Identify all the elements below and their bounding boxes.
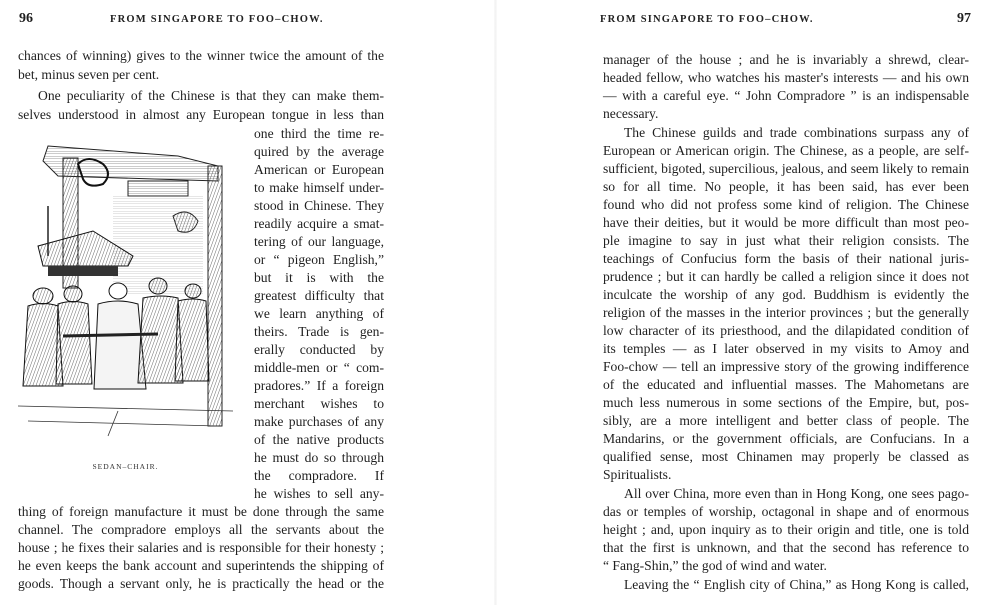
text-line: to make himself under- <box>254 178 384 197</box>
text-line: necessary. <box>603 104 969 123</box>
text-line: Mandarins, or the government officials, … <box>603 429 969 448</box>
text-line: we learn anything of <box>254 304 384 323</box>
page-number: 96 <box>19 11 33 27</box>
text-line: greatest difficulty that <box>254 286 384 305</box>
text-line: — with a careful eye. “ John Compradore … <box>603 86 969 105</box>
text-line: thing of foreign manufacture it must be … <box>18 502 384 521</box>
text-line: The Chinese guilds and trade combination… <box>624 123 969 142</box>
text-line: manager of the house ; and he is invaria… <box>603 50 969 69</box>
text-line: bet, minus seven per cent. <box>18 65 384 84</box>
text-line: Leaving the “ English city of China,” as… <box>624 575 969 594</box>
text-line: religion of the masses in the interior p… <box>603 303 969 322</box>
text-line: house ; he fixes their salaries and is r… <box>18 538 384 557</box>
text-line: headed fellow, who watches his master's … <box>603 68 969 87</box>
text-line: teachings of Confucius form the basis of… <box>603 249 969 268</box>
text-line: tering of our language, <box>254 232 384 251</box>
left-page: 96 FROM SINGAPORE TO FOO–CHOW. chances o… <box>0 0 495 605</box>
text-line: sufficient, bigoted, supercilious, jealo… <box>603 159 969 178</box>
text-line: one third the time re- <box>254 124 384 143</box>
text-line: qualified sense, most Chinamen may prope… <box>603 447 969 466</box>
sedan-chair-illustration-icon <box>18 136 233 446</box>
text-line: he must do so through <box>254 448 384 467</box>
text-line: so for all time. No people, it has been … <box>603 177 969 196</box>
running-head: FROM SINGAPORE TO FOO–CHOW. <box>110 14 324 30</box>
text-line: height ; and, upon inquiry as to their o… <box>603 520 969 539</box>
text-line: but it is with the <box>254 268 384 287</box>
text-line: pradores.” If a foreign <box>254 376 384 395</box>
text-line: das or temples of worship, octagonal in … <box>603 502 969 521</box>
text-line: he wishes to sell any- <box>254 484 384 503</box>
text-line: of the educated and influential masses. … <box>603 375 969 394</box>
text-line: European or American origin. The Chinese… <box>603 141 969 160</box>
text-line: chances of winning) gives to the winner … <box>18 46 384 65</box>
text-line: American or European <box>254 160 384 179</box>
text-line: inculcate the worship of any god. Buddhi… <box>603 285 969 304</box>
text-line: goods. Though a servant only, he is prac… <box>18 574 384 593</box>
text-line: that the first is unknown, and that the … <box>603 538 969 557</box>
text-line: make purchases of any <box>254 412 384 431</box>
right-page: FROM SINGAPORE TO FOO–CHOW. 97 manager o… <box>496 0 991 605</box>
text-line: erally conducted by <box>254 340 384 359</box>
text-line: found who did not profess some kind of r… <box>603 195 969 214</box>
text-line: “ Fang-Shin,” the god of wind and water. <box>603 556 969 575</box>
text-line: its temples — as I later observed in my … <box>603 339 969 358</box>
illustration-caption: SEDAN–CHAIR. <box>18 462 233 471</box>
text-line: channel. The compradore employs all the … <box>18 520 384 539</box>
text-line: Spiritualists. <box>603 465 969 484</box>
text-line: selves understood in almost any European… <box>18 105 384 124</box>
running-head: FROM SINGAPORE TO FOO–CHOW. <box>600 14 814 30</box>
text-line: theirs. Trade is gen- <box>254 322 384 341</box>
text-line: prudence ; but it can hardly be called a… <box>603 267 969 286</box>
text-line: quired by the average <box>254 142 384 161</box>
text-line: merchant wishes to <box>254 394 384 413</box>
text-line: have their deities, but it would be more… <box>603 213 969 232</box>
text-line: stood in Chinese. They <box>254 196 384 215</box>
text-line: he even keeps the bank account and super… <box>18 556 384 575</box>
text-line: readily acquire a smat- <box>254 214 384 233</box>
text-line: of the native products <box>254 430 384 449</box>
text-line: low character of its priesthood, and the… <box>603 321 969 340</box>
text-line: or “ pigeon English,” <box>254 250 384 269</box>
text-line: middle-men or “ com- <box>254 358 384 377</box>
text-line: much less numerous in some sections of t… <box>603 393 969 412</box>
text-line: the compradore. If <box>254 466 384 485</box>
text-line: One peculiarity of the Chinese is that t… <box>38 86 384 105</box>
text-line: ple imagine to say in just what their re… <box>603 231 969 250</box>
page-number: 97 <box>957 11 971 27</box>
text-line: sibly, are a more intelligent and better… <box>603 411 969 430</box>
text-line: Foo-chow — tell an impressive story of t… <box>603 357 969 376</box>
text-line: All over China, more even than in Hong K… <box>624 484 969 503</box>
